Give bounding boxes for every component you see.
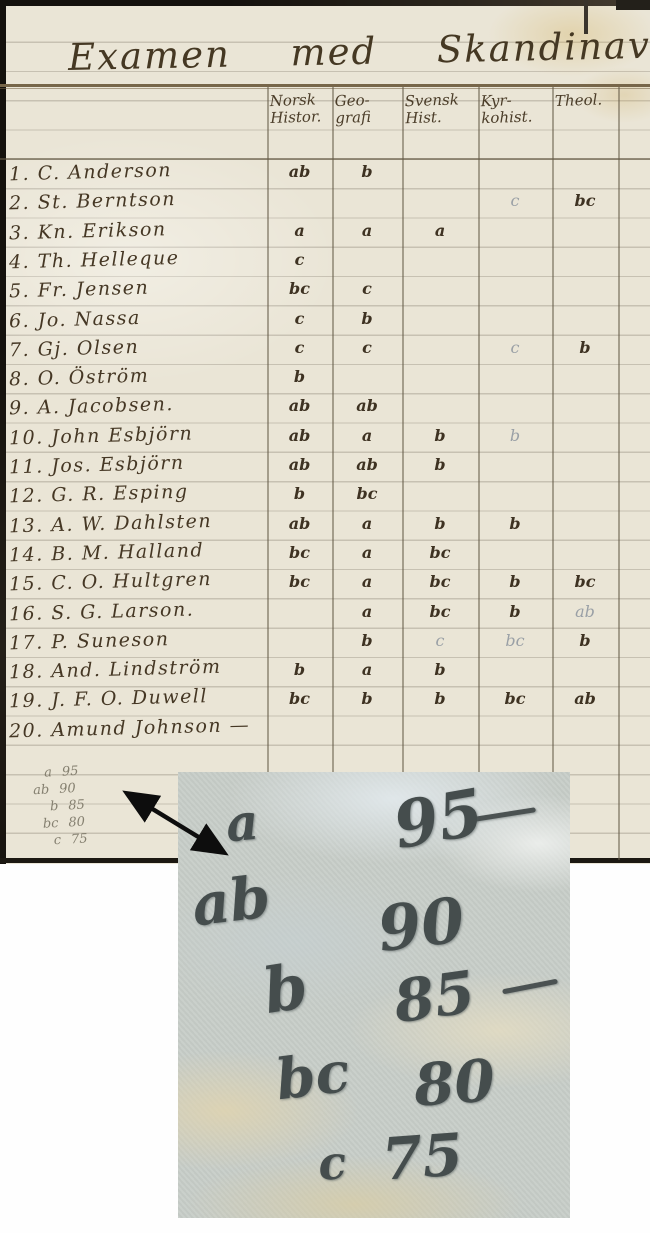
grade-cell: bc [552,191,618,210]
photo-edge-top [0,0,650,6]
margin-key-line: a95 [44,763,85,782]
student-name: 7. Gj. Olsen [9,332,265,361]
column-header: Geo-grafi [334,91,401,127]
table-row: 3. Kn. Eriksonaaa [0,219,650,248]
grade-cell: ab [267,514,332,533]
grade-cell: a [332,572,402,591]
student-name: 6. Jo. Nassa [9,303,265,332]
student-name: 9. A. Jacobsen. [9,391,265,420]
grade-cell: b [478,602,552,621]
inset-grade-value: 95 [389,781,488,859]
grade-cell: ab [552,602,618,621]
grade-cell: b [267,660,332,679]
grade-cell: ab [552,689,618,708]
grade-cell: bc [267,543,332,562]
student-name: 17. P. Suneson [9,625,265,654]
grade-cell: a [332,426,402,445]
grade-cell: bc [267,279,332,298]
magnifier-arrow [95,778,240,870]
grade-cell: b [478,514,552,533]
margin-key-grade: bc [42,815,58,833]
grade-cell: b [402,514,478,533]
table-row: 5. Fr. Jensenbcc [0,277,650,306]
inset-grade-value: 85 [390,963,478,1032]
grade-cell: bc [402,543,478,562]
grade-cell: b [402,426,478,445]
student-name: 8. O. Öström [9,362,265,391]
grade-cell: b [332,309,402,328]
grade-cell: b [478,426,552,445]
grade-cell: ab [267,455,332,474]
grade-cell: b [478,572,552,591]
table-row: 19. J. F. O. Duwellbcbbbcab [0,687,650,716]
pen-flourish [502,979,558,995]
student-name: 19. J. F. O. Duwell [9,684,265,713]
grade-cell: a [332,221,402,240]
inset-grade-value: 80 [412,1051,497,1114]
table-row: 11. Jos. Esbjörnababb [0,453,650,482]
student-name: 14. B. M. Halland [9,538,265,567]
grade-cell: c [332,338,402,357]
grade-cell: b [267,484,332,503]
grade-cell: bc [478,689,552,708]
margin-key-grade: a [44,764,53,781]
photo-corner-artifact [616,0,650,10]
margin-key-value: 85 [68,797,85,815]
column-header: SvenskHist. [404,91,477,127]
grade-cell: ab [267,396,332,415]
grade-cell: bc [267,689,332,708]
grade-cell: bc [267,572,332,591]
inset-grade-letter: ab [189,867,274,934]
grade-cell: b [402,660,478,679]
grade-cell: bc [332,484,402,503]
table-row: 15. C. O. Hultgrenbcabcbbc [0,570,650,599]
grade-cell: c [267,250,332,269]
inset-grade-value: 75 [380,1125,465,1188]
column-header: Theol. [555,91,618,110]
table-row: 9. A. Jacobsen.abab [0,394,650,423]
table-row: 1. C. Andersonabb [0,160,650,189]
grade-cell: a [332,514,402,533]
grade-cell: ab [267,426,332,445]
table-row: 12. G. R. Espingbbc [0,482,650,511]
table-row: 2. St. Berntsoncbc [0,189,650,218]
grade-cell: b [332,631,402,650]
margin-key-value: 80 [68,814,85,832]
table-row: 6. Jo. Nassacb [0,307,650,336]
margin-key-value: 75 [71,831,88,849]
margin-key-line: c75 [53,831,88,850]
margin-key-grade: b [50,798,59,815]
margin-key-grade: c [53,832,61,849]
grade-cell: b [267,367,332,386]
grade-cell: c [478,338,552,357]
student-name: 18. And. Lindström [9,655,265,684]
grade-cell: a [332,602,402,621]
grade-cell: c [332,279,402,298]
grade-cell: b [402,455,478,474]
inset-grade-letter: c [316,1139,348,1187]
grade-cell: a [332,543,402,562]
inset-grade-value: 90 [375,889,468,961]
grade-cell: bc [552,572,618,591]
column-header: Kyr-kohist. [480,91,551,127]
inset-grade-letter: b [259,955,312,1023]
student-name: 2. St. Berntson [9,186,265,215]
table-row: 13. A. W. Dahlstenababb [0,512,650,541]
page-title: Examen med Skandinaviska [68,24,644,79]
grade-cell: a [267,221,332,240]
student-name: 5. Fr. Jensen [9,274,265,303]
student-name: 13. A. W. Dahlsten [9,508,265,537]
student-name: 4. Th. Helleque [9,245,265,274]
grade-cell: a [332,660,402,679]
grade-cell: c [267,309,332,328]
grade-cell: c [402,631,478,650]
student-name: 11. Jos. Esbjörn [9,450,265,479]
table-row: 17. P. Sunesonbcbcb [0,629,650,658]
inset-grade-letter: bc [273,1044,353,1109]
margin-key-line: b85 [50,797,87,816]
margin-key-value: 90 [59,780,76,798]
student-name: 1. C. Anderson [9,157,265,186]
grade-cell: a [402,221,478,240]
margin-key-value: 95 [62,763,79,781]
grade-cell: b [402,689,478,708]
student-name: 15. C. O. Hultgren [9,567,265,596]
grade-cell: b [332,162,402,181]
grade-cell: b [552,631,618,650]
grade-cell: bc [402,602,478,621]
grade-cell: ab [332,396,402,415]
grade-cell: ab [332,455,402,474]
table-row: 7. Gj. Olsencccb [0,336,650,365]
student-name: 10. John Esbjörn [9,420,265,449]
grade-cell: ab [267,162,332,181]
table-row: 8. O. Öströmb [0,365,650,394]
margin-grade-key: a95ab90b85bc80c75 [28,763,88,851]
student-name: 12. G. R. Esping [9,479,265,508]
grade-cell: b [552,338,618,357]
table-row: 14. B. M. Hallandbcabc [0,541,650,570]
table-row: 4. Th. Hellequec [0,248,650,277]
grade-cell: c [478,191,552,210]
margin-key-grade: ab [33,781,50,799]
student-name: 20. Amund Johnson — [9,713,265,742]
table-row: 16. S. G. Larson.abcbab [0,600,650,629]
student-name: 16. S. G. Larson. [9,596,265,625]
scanned-page: Examen med Skandinaviska NorskHistor.Geo… [0,0,650,1233]
table-row: 10. John Esbjörnababb [0,424,650,453]
table-row: 20. Amund Johnson — [0,717,650,746]
grade-cell: c [267,338,332,357]
document-photo: Examen med Skandinaviska NorskHistor.Geo… [0,0,650,864]
grade-cell: bc [478,631,552,650]
grade-cell: b [332,689,402,708]
grade-cell: bc [402,572,478,591]
table-row: 18. And. Lindströmbab [0,658,650,687]
column-header: NorskHistor. [269,91,331,127]
student-name: 3. Kn. Erikson [9,215,265,244]
